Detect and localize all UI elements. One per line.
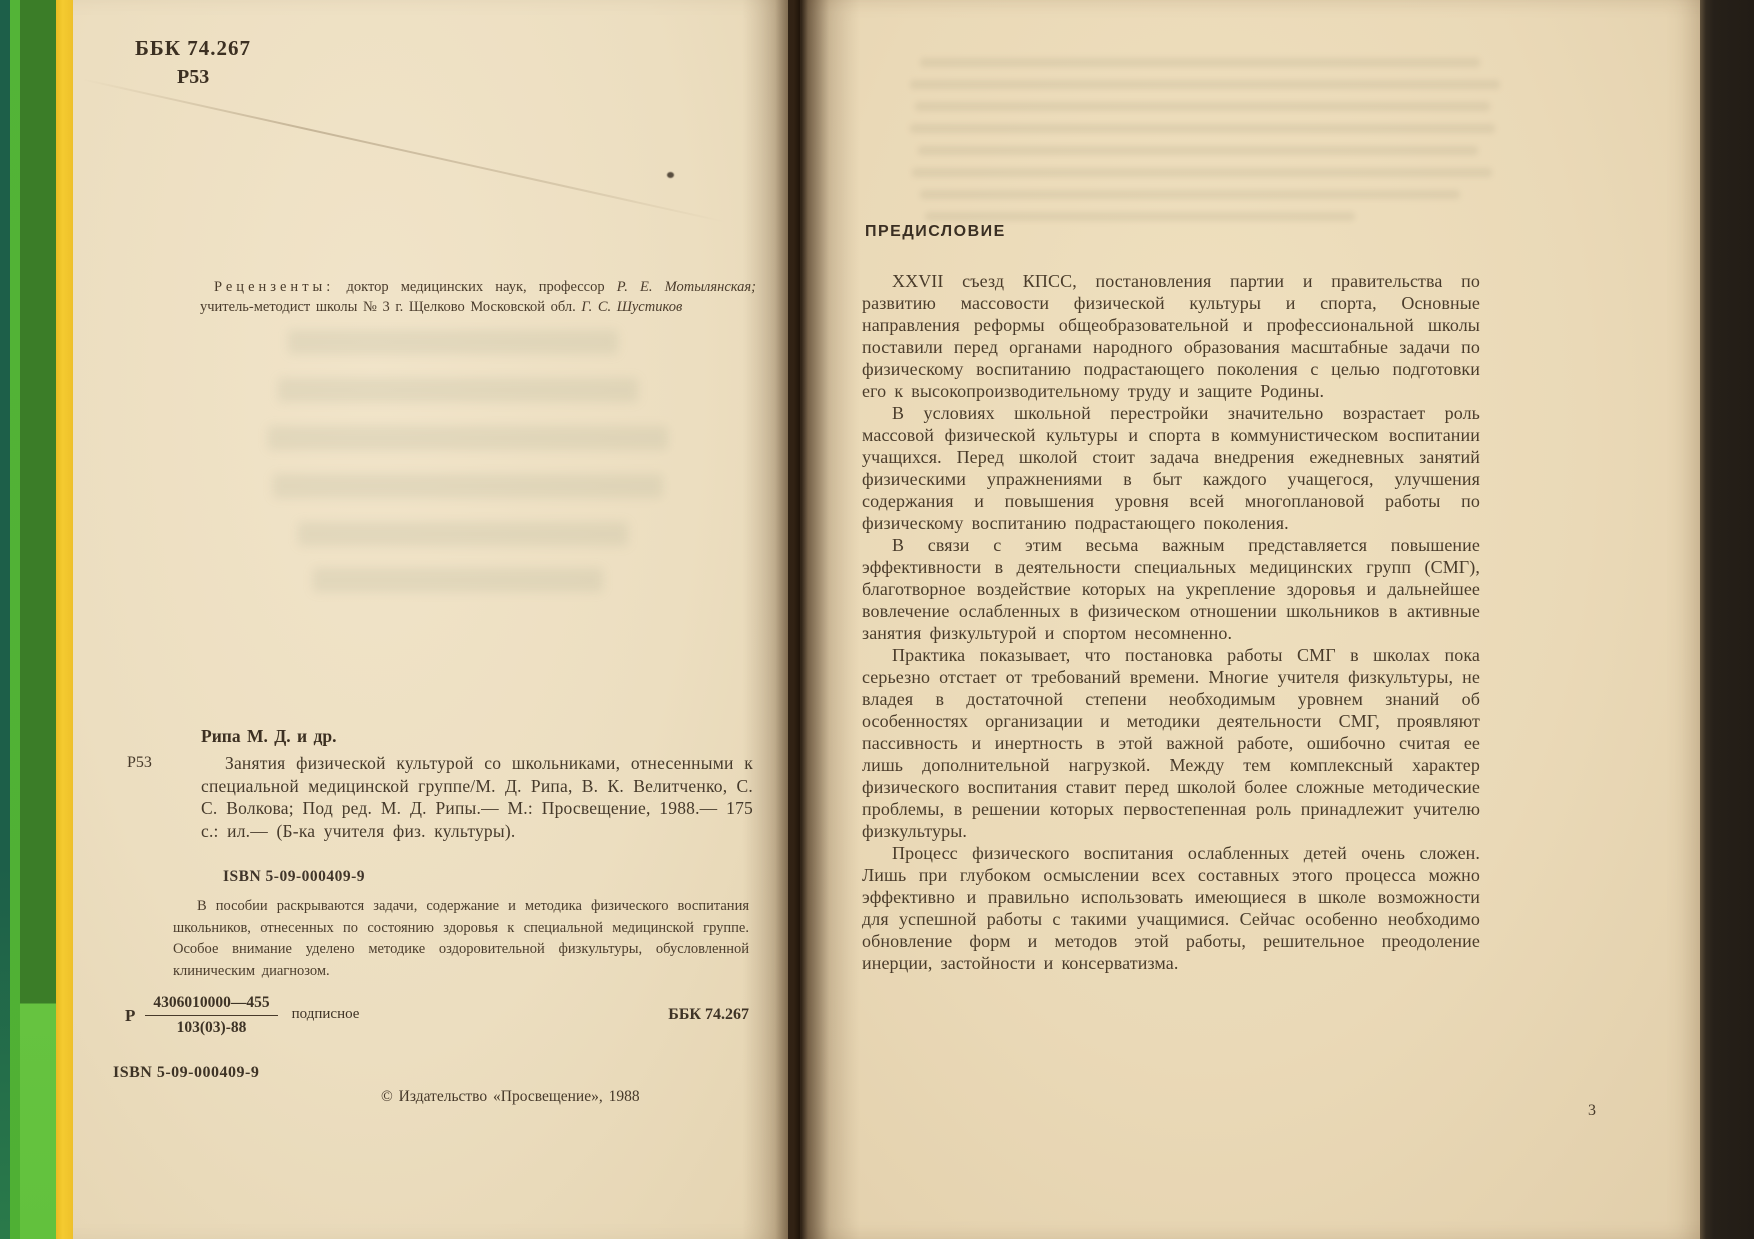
reviewers-label: Рецензенты: (214, 279, 334, 295)
show-through (910, 80, 1500, 89)
isbn-number-bottom: ISBN 5-09-000409-9 (113, 1064, 259, 1082)
preface-paragraph: Практика показывает, что постановка рабо… (862, 644, 1480, 842)
book-spread-scan: ББК 74.267 Р53 Рецензенты: доктор медици… (0, 0, 1754, 1239)
show-through (288, 330, 618, 354)
show-through (925, 212, 1355, 221)
cover-edge-stripe-teal (0, 0, 10, 1239)
paper-speck (667, 172, 674, 178)
bbk-classification: ББК 74.267 (135, 36, 251, 61)
subscription-note: подписное (292, 1006, 360, 1023)
left-page: ББК 74.267 Р53 Рецензенты: доктор медици… (73, 0, 788, 1239)
reviewer-name-1: Р. Е. Мотылянская; (617, 279, 756, 295)
right-page: ПРЕДИСЛОВИЕ XXVII съезд КПСС, постановле… (800, 0, 1700, 1239)
show-through (313, 568, 603, 592)
catalog-fraction: 4306010000—455 103(03)-88 (145, 994, 277, 1037)
catalog-denominator: 103(03)-88 (145, 1016, 277, 1037)
catalog-numerator: 4306010000—455 (145, 994, 277, 1016)
catalog-prefix: Р (125, 1006, 135, 1026)
preface-heading: ПРЕДИСЛОВИЕ (865, 223, 1006, 241)
preface-paragraph: В условиях школьной перестройки значител… (862, 402, 1480, 534)
bbk-classification-bottom: ББК 74.267 (668, 1006, 749, 1024)
show-through (278, 378, 638, 402)
paper-crease (81, 78, 726, 223)
annotation-text: В пособии раскрываются задачи, содержани… (173, 896, 749, 982)
show-through (920, 190, 1460, 199)
show-through (912, 168, 1492, 177)
show-through (918, 146, 1478, 155)
isbn-number: ISBN 5-09-000409-9 (223, 868, 365, 886)
reviewers-note: Рецензенты: доктор медицинских наук, про… (200, 278, 756, 317)
cover-edge-stripe-dark-green (20, 0, 56, 1239)
bibliographic-description: Занятия физической культурой со школьник… (201, 752, 753, 842)
preface-paragraph: В связи с этим весьма важным представляе… (862, 534, 1480, 644)
show-through (915, 102, 1490, 111)
reviewers-text-2: учитель-методист школы № 3 г. Щелково Мо… (200, 299, 581, 315)
cover-edge-stripe-bright-green (10, 0, 20, 1239)
preface-paragraph: Процесс физического воспитания ослабленн… (862, 842, 1480, 974)
reviewer-name-2: Г. С. Шустиков (581, 299, 682, 315)
author-heading: Рипа М. Д. и др. (201, 726, 336, 747)
reviewers-text-1: доктор медицинских наук, профессор (334, 279, 617, 295)
preface-body: XXVII съезд КПСС, постановления партии и… (862, 270, 1480, 974)
author-sign-code: Р53 (177, 66, 209, 89)
show-through (920, 58, 1480, 67)
show-through (273, 474, 663, 498)
page-number: 3 (1588, 1102, 1596, 1120)
scan-right-edge (1700, 0, 1754, 1239)
catalog-index-row: Р 4306010000—455 103(03)-88 подписное ББ… (125, 994, 749, 1037)
show-through (298, 522, 628, 546)
preface-paragraph: XXVII съезд КПСС, постановления партии и… (862, 270, 1480, 402)
copyright-line: © Издательство «Просвещение», 1988 (381, 1088, 640, 1106)
show-through (268, 426, 668, 450)
show-through (910, 124, 1495, 133)
catalog-entry-code: Р53 (127, 754, 152, 772)
cover-edge-stripe-yellow (56, 0, 73, 1239)
